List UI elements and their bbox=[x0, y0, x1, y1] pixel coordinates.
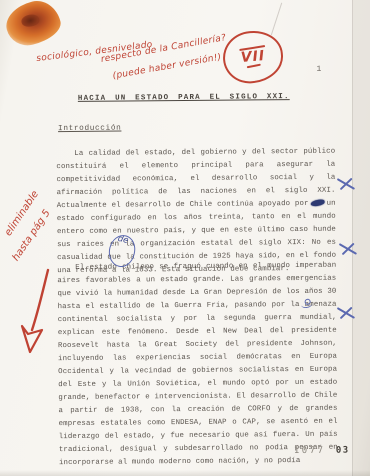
review-x-mark-3 bbox=[336, 305, 356, 321]
crossed-out-word-blot bbox=[310, 199, 325, 207]
paragraph-1-text-before: La calidad del estado, del gobierno y de… bbox=[56, 148, 335, 210]
red-margin-note: eliminable hasta pág 5 bbox=[0, 168, 80, 368]
scanned-document-page: sociológico, desnivelado respecto de la … bbox=[0, 0, 370, 476]
insertion-text: de bbox=[117, 234, 130, 246]
stamp-code: 03 bbox=[336, 446, 350, 456]
review-x-mark-1 bbox=[336, 176, 356, 192]
page-number: 1 bbox=[316, 65, 321, 74]
down-arrow bbox=[8, 268, 58, 358]
paragraph-2: El estado chileno se fraguó cuando en el… bbox=[57, 260, 338, 470]
review-x-mark-2 bbox=[338, 241, 358, 257]
section-heading: Introducción bbox=[58, 125, 121, 134]
stamp-page-number: 1077 bbox=[294, 446, 326, 456]
paragraph-1: La calidad del estado, del gobierno y de… bbox=[56, 146, 336, 278]
document-title: HACIA UN ESTADO PARA EL SIGLO XXI. bbox=[39, 93, 329, 104]
